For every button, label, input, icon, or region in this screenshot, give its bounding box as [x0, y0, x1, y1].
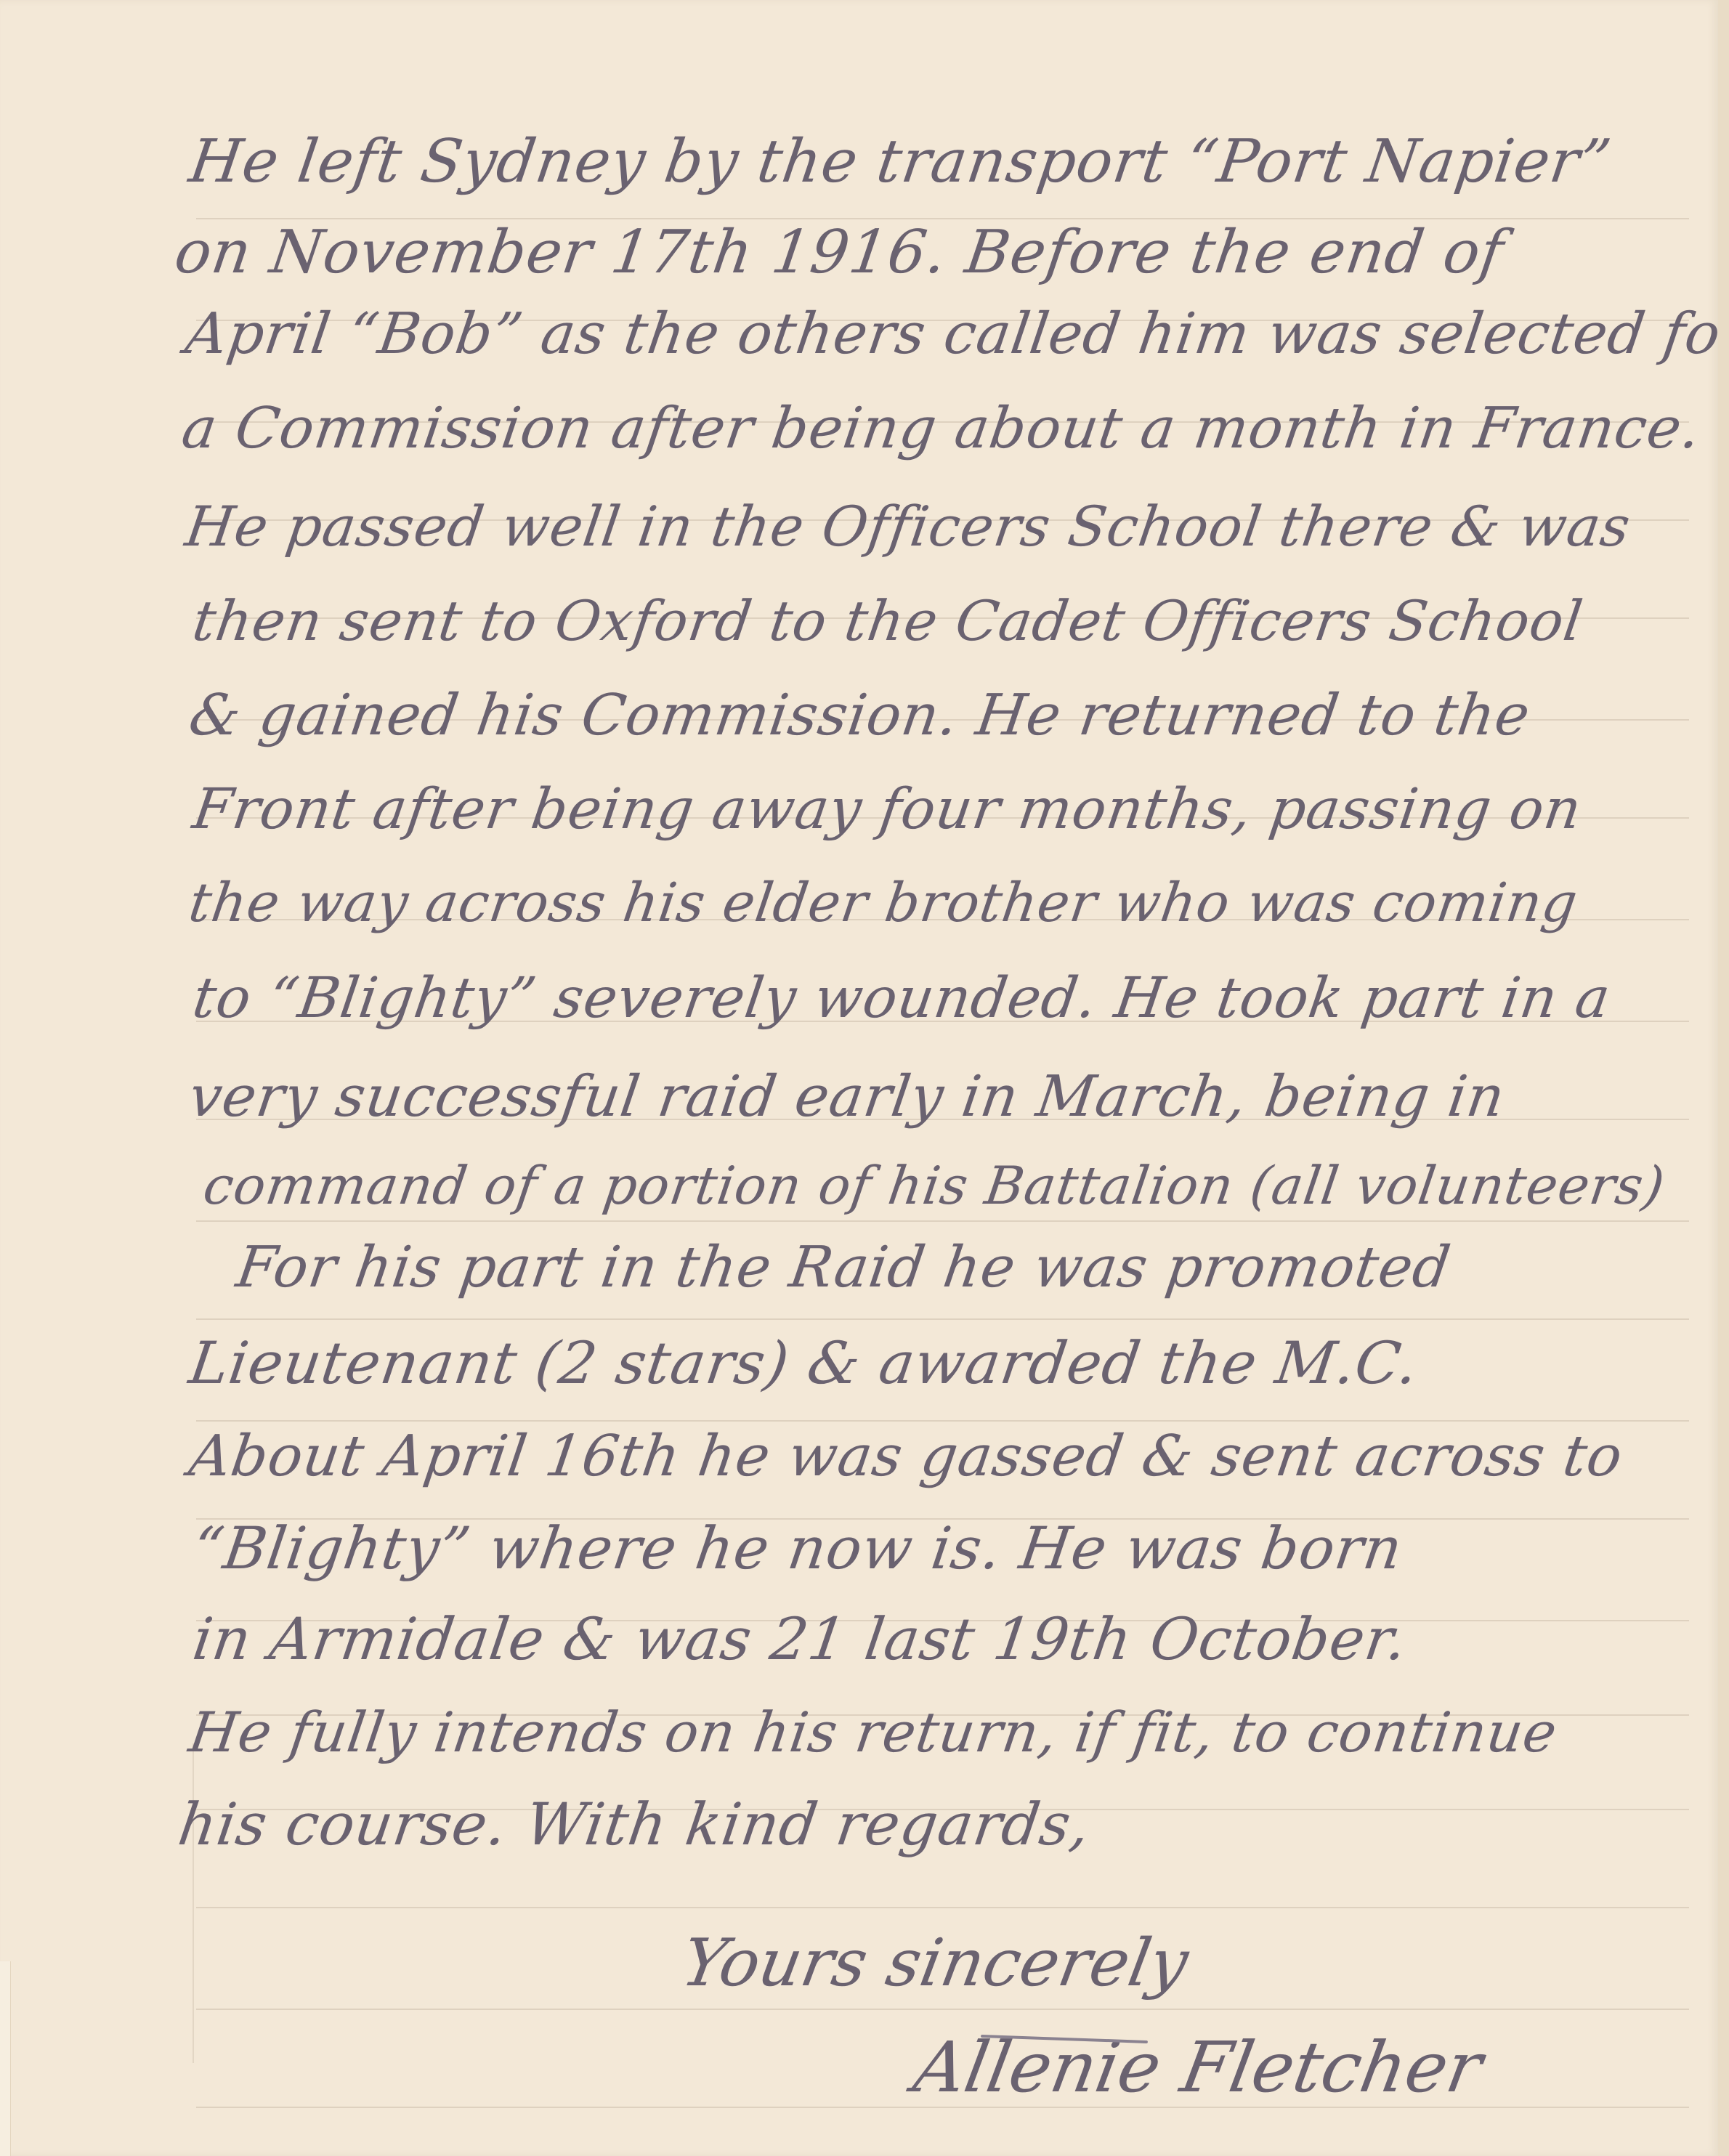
ruled-line: [196, 2009, 1689, 2010]
signature: Allenie Fletcher: [908, 2027, 1488, 2108]
letter-line-18: He fully intends on his return, if fit, …: [185, 1700, 1561, 1764]
letter-line-3: April “Bob” as the others called him was…: [182, 301, 1729, 367]
ruled-line: [196, 1220, 1689, 1222]
letter-line-13: For his part in the Raid he was promoted: [232, 1235, 1454, 1300]
letter-line-15: About April 16th he was gassed & sent ac…: [185, 1424, 1627, 1489]
ruled-line: [196, 1420, 1689, 1422]
ruled-line: [196, 1318, 1689, 1320]
letter-line-14: Lieutenant (2 stars) & awarded the M.C.: [185, 1329, 1422, 1397]
letter-line-12: command of a portion of his Battalion (a…: [200, 1155, 1669, 1216]
letter-line-2: on November 17th 1916. Before the end of: [171, 218, 1508, 287]
letter-line-1: He left Sydney by the transport “Port Na…: [185, 127, 1616, 196]
closing-yours-sincerely: Yours sincerely: [676, 1925, 1194, 2001]
ruled-line: [196, 1907, 1689, 1908]
letter-line-11: very successful raid early in March, bei…: [185, 1064, 1509, 1130]
letter-line-7: & gained his Commission. He returned to …: [185, 683, 1534, 748]
letter-line-4: a Commission after being about a month i…: [178, 396, 1705, 461]
letter-line-9: the way across his elder brother who was…: [185, 872, 1582, 934]
letter-line-19: his course. With kind regards,: [174, 1791, 1095, 1858]
letter-line-5: He passed well in the Officers School th…: [182, 494, 1635, 559]
letter-line-10: to “Blighty” severely wounded. He took p…: [189, 966, 1614, 1031]
letter-line-17: in Armidale & was 21 last 19th October.: [189, 1605, 1412, 1673]
letter-line-8: Front after being away four months, pass…: [189, 777, 1586, 842]
letter-sheet: He left Sydney by the transport “Port Na…: [0, 0, 1718, 2156]
page-edge-left: [0, 1961, 11, 2156]
letter-line-6: then sent to Oxford to the Cadet Officer…: [189, 588, 1587, 653]
letter-line-16: “Blighty” where he now is. He was born: [189, 1515, 1406, 1582]
page-edge-right: [1718, 0, 1729, 2156]
